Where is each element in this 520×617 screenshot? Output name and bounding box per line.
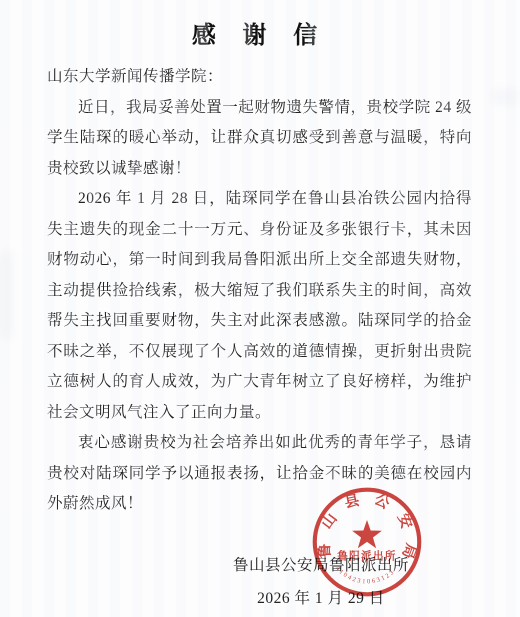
letter-body: 近日，我局妥善处置一起财物遗失警情，贵校学院 24 级学生陆琛的暖心举动，让群众… bbox=[47, 93, 472, 520]
star-icon bbox=[352, 520, 382, 548]
signature-date: 2026 年 1 月 29 日 bbox=[201, 582, 441, 615]
scan-smudge bbox=[0, 250, 14, 340]
signature-block: 鲁山县公安局鲁阳派出所 2026 年 1 月 29 日 bbox=[201, 549, 441, 615]
scan-smudge bbox=[492, 88, 518, 106]
thank-you-letter-page: 感 谢 信 山东大学新闻传播学院： 近日，我局妥善处置一起财物遗失警情，贵校学院… bbox=[0, 0, 520, 617]
paragraph-3: 衷心感谢贵校为社会培养出如此优秀的青年学子，恳请贵校对陆琛同学予以通报表扬，让拾… bbox=[47, 428, 472, 520]
salutation: 山东大学新闻传播学院： bbox=[47, 62, 472, 93]
signature-org: 鲁山县公安局鲁阳派出所 bbox=[201, 549, 441, 582]
paragraph-1: 近日，我局妥善处置一起财物遗失警情，贵校学院 24 级学生陆琛的暖心举动，让群众… bbox=[47, 93, 472, 185]
letter-title: 感 谢 信 bbox=[47, 20, 472, 52]
paragraph-2: 2026 年 1 月 28 日，陆琛同学在鲁山县冶铁公园内拾得失主遗失的现金二十… bbox=[47, 184, 472, 428]
